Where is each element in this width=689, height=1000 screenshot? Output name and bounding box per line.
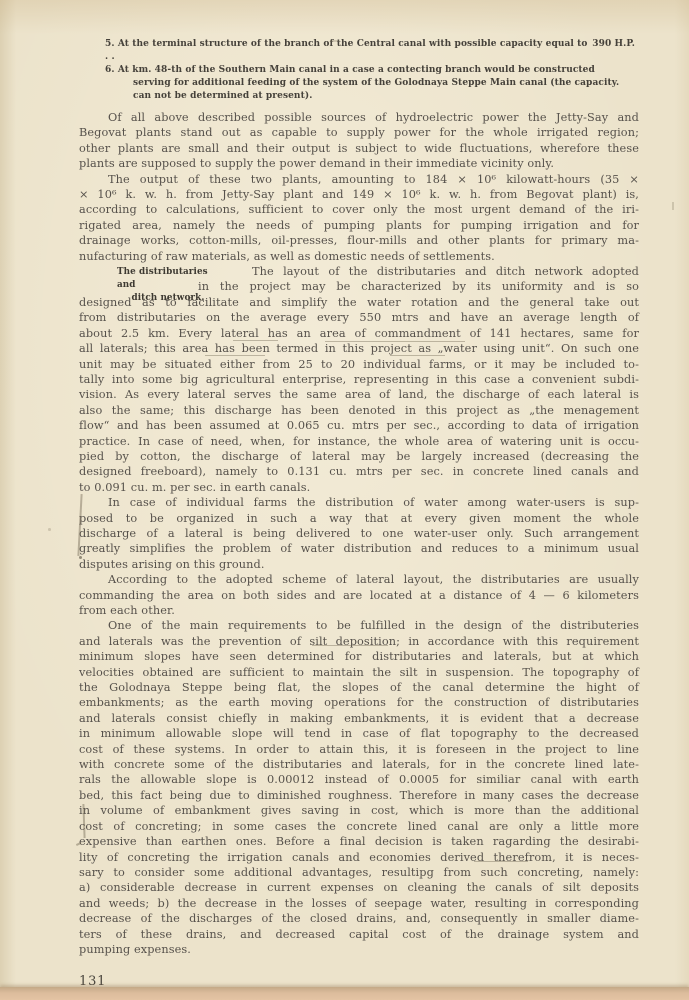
- text-line: drainage works, cotton-mills, oil-presse…: [79, 233, 639, 248]
- pencil-underline: [233, 340, 278, 341]
- text-line: bed, this fact being due to diminished r…: [79, 788, 639, 803]
- text-line: commanding the area on both sides and ar…: [79, 588, 639, 603]
- text-line: according to calculations, sufficient to…: [79, 202, 639, 217]
- paragraph-4: In case of individual farms the distribu…: [79, 495, 639, 572]
- pencil-underline: [205, 355, 265, 356]
- text-line: unit may be situated either from 25 to 2…: [79, 357, 639, 372]
- pencil-underline: [474, 861, 528, 862]
- list-item-5-text: 5. At the terminal structure of the bran…: [105, 38, 592, 64]
- text-body: The distributaries and ditch network. Of…: [79, 110, 639, 957]
- text-line: tally into some big agricultural enterpr…: [79, 372, 639, 387]
- page-bottom-edge: [0, 987, 689, 1000]
- pencil-dot: [79, 556, 82, 559]
- text-line: a) considerable decrease in current expe…: [79, 880, 639, 895]
- list-item-6-continuation: serving for additional feeding of the sy…: [79, 77, 639, 90]
- margin-note-line1: The distributaries and: [117, 266, 219, 292]
- list-item-5-value: 390 H.P.: [592, 38, 639, 64]
- text-line: to 0.091 cu. m. per sec. in earth canals…: [79, 480, 639, 495]
- text-line: and laterals was the prevention of silt …: [79, 634, 639, 649]
- text-line: rigated area, namely the needs of pumpin…: [79, 218, 639, 233]
- text-line: cost of these systems. In order to attai…: [79, 742, 639, 757]
- text-line: nufacturing of raw materials, as well as…: [79, 249, 639, 264]
- text-line: lity of concreting the irrigation canals…: [79, 850, 639, 865]
- pencil-dot: [48, 528, 51, 531]
- text-line: in minimum allowable slope will tend in …: [79, 726, 639, 741]
- scan-speck: [672, 202, 674, 210]
- text-line: × 10⁶ k. w. h. from Jetty-Say plant and …: [79, 187, 639, 202]
- text-line: One of the main requirements to be fulfi…: [79, 618, 639, 633]
- scanned-book-page: 5. At the terminal structure of the bran…: [0, 0, 689, 1000]
- text-line: minimum slopes have seen determined for …: [79, 649, 639, 664]
- list-item-6-continuation-2: can not be determined at present).: [79, 90, 639, 103]
- text-line: in volume of embankment gives saving in …: [79, 803, 639, 818]
- text-line: all laterals; this area has been termed …: [79, 341, 639, 356]
- text-line: expensive than earthen ones. Before a fi…: [79, 834, 639, 849]
- pencil-underline: [312, 645, 388, 646]
- text-line: vision. As every lateral serves the same…: [79, 387, 639, 402]
- text-line: pumping expenses.: [79, 942, 639, 957]
- text-line: other plants are small and their output …: [79, 141, 639, 156]
- paragraph-6: One of the main requirements to be fulfi…: [79, 618, 639, 957]
- text-line: about 2.5 km. Every lateral has an area …: [79, 326, 639, 341]
- text-line: also the same; this discharge has been d…: [79, 403, 639, 418]
- text-line: velocities obtained are sufficient to ma…: [79, 665, 639, 680]
- text-line: discharge of a lateral is being delivere…: [79, 526, 639, 541]
- list-item-6: 6. At km. 48-th of the Southern Main can…: [79, 64, 639, 77]
- text-line: According to the adopted scheme of later…: [79, 572, 639, 587]
- pencil-underline: [390, 355, 445, 356]
- text-line: decrease of the discharges of the closed…: [79, 911, 639, 926]
- text-line: posed to be organized in such a way that…: [79, 511, 639, 526]
- text-line: from distributaries on the average every…: [79, 310, 639, 325]
- text-line: ters of these drains, and decreased capi…: [79, 927, 639, 942]
- text-line: greatly simplifies the problem of water …: [79, 541, 639, 556]
- numbered-list: 5. At the terminal structure of the bran…: [79, 38, 639, 103]
- text-line: Begovat plants stand out as capable to s…: [79, 125, 639, 140]
- text-line: pied by cotton, the discharge of lateral…: [79, 449, 639, 464]
- text-line: flow“ and has been assumed at 0.065 cu. …: [79, 418, 639, 433]
- text-line: cost of concreting; in some cases the co…: [79, 819, 639, 834]
- paragraph-1: Of all above described possible sources …: [79, 110, 639, 172]
- paragraph-2: The output of these two plants, amountin…: [79, 172, 639, 264]
- text-line: sary to consider some additional advanta…: [79, 865, 639, 880]
- paragraph-5: According to the adopted scheme of later…: [79, 572, 639, 618]
- text-line: rals the allowable slope is 0.00012 inst…: [79, 772, 639, 787]
- list-item-5: 5. At the terminal structure of the bran…: [79, 38, 639, 64]
- text-line: practice. In case of need, when, for ins…: [79, 434, 639, 449]
- scan-speck: [330, 40, 339, 42]
- text-line: The output of these two plants, amountin…: [79, 172, 639, 187]
- text-line: designed freeboard), namely to 0.131 cu.…: [79, 464, 639, 479]
- margin-note: The distributaries and ditch network.: [117, 266, 219, 305]
- text-line: Of all above described possible sources …: [79, 110, 639, 125]
- pencil-underline: [325, 341, 465, 342]
- text-line: and weeds; b) the decrease in the losses…: [79, 896, 639, 911]
- text-line: plants are supposed to supply the power …: [79, 156, 639, 171]
- text-line: the Golodnaya Steppe being flat, the slo…: [79, 680, 639, 695]
- text-line: from each other.: [79, 603, 639, 618]
- text-line: with concrete some of the distributaries…: [79, 757, 639, 772]
- text-line: embankments; as the earth moving operati…: [79, 695, 639, 710]
- text-line: and laterals consist chiefly in making e…: [79, 711, 639, 726]
- margin-note-line2: ditch network.: [117, 292, 219, 305]
- text-line: In case of individual farms the distribu…: [79, 495, 639, 510]
- text-line: disputes arising on this ground.: [79, 557, 639, 572]
